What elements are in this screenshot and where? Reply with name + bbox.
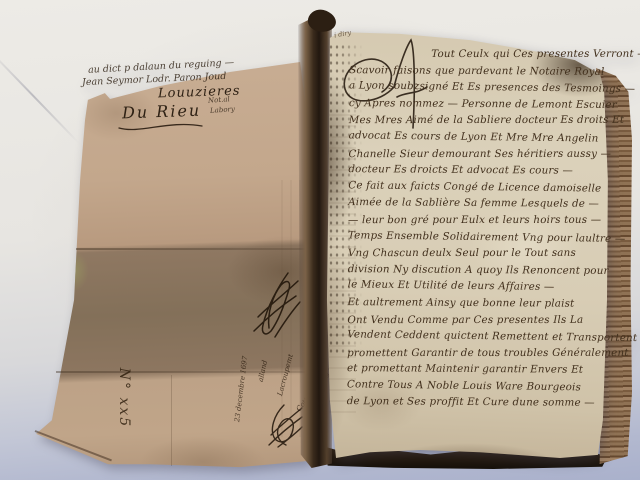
manuscript-line: promettent Garantir de tous troubles Gén… bbox=[347, 345, 603, 362]
annotation-small-note: Not.al bbox=[208, 95, 230, 105]
manuscript-line: Tout Ceulx qui Ces presentes Verront — bbox=[349, 46, 605, 63]
manuscript-line: de Lyon et Ses proffit Et Cure dune somm… bbox=[347, 394, 603, 412]
photo-scene: au dict p dalaun du reguing — Jean Seymo… bbox=[0, 0, 640, 480]
manuscript-line: Chanelle Sieur demourant Ses héritiers a… bbox=[349, 145, 605, 162]
fold-crease-bottom bbox=[56, 371, 312, 373]
manuscript-line: — leur bon gré pour Eulx et leurs hoirs … bbox=[348, 212, 604, 229]
fold-crease-top bbox=[76, 248, 312, 250]
manuscript-line: Mes Mres Aimé de la Sabliere docteur Es … bbox=[349, 112, 605, 129]
left-folded-document: au dict p dalaun du reguing — Jean Seymo… bbox=[30, 55, 318, 470]
manuscript-line: Contre Tous A Noble Louis Ware Bourgeois bbox=[347, 376, 603, 396]
fold-crease-vertical bbox=[171, 375, 172, 466]
manuscript-text-block: Tout Ceulx qui Ces presentes Verront — S… bbox=[347, 45, 606, 412]
annotation-small-note: Labory bbox=[210, 105, 235, 115]
manuscript-line: Vendent Ceddent quictent Remettent et Tr… bbox=[347, 326, 603, 346]
manuscript-line: Aimée de la Sablière Sa femme Lesquels d… bbox=[348, 194, 604, 212]
manuscript-line: cy Apres nommez — Personne de Lemont Esc… bbox=[349, 95, 605, 113]
manuscript-line: Et aultrement Ainsy que bonne leur plais… bbox=[347, 294, 603, 312]
manuscript-line: Temps Ensemble Solidairement Vng pour la… bbox=[348, 227, 604, 247]
manuscript-line: advocat Es cours de Lyon Et Mre Mre Ange… bbox=[349, 127, 605, 147]
folio-number: N° xx5 bbox=[116, 368, 132, 428]
manuscript-page: i diry Tout Ceulx qui Ces presentes Verr… bbox=[322, 25, 614, 470]
signature-flourish bbox=[248, 265, 306, 343]
manuscript-line: Vng Chascun deulx Seul pour le Tout sans bbox=[348, 245, 604, 262]
manuscript-line: Ce fait aux faicts Congé de Licence damo… bbox=[348, 177, 604, 197]
paraph-scribble bbox=[263, 400, 307, 450]
signature-swash bbox=[116, 117, 206, 135]
manuscript-line: Ont Vendu Comme par Ces presentes Ils La bbox=[347, 311, 603, 328]
